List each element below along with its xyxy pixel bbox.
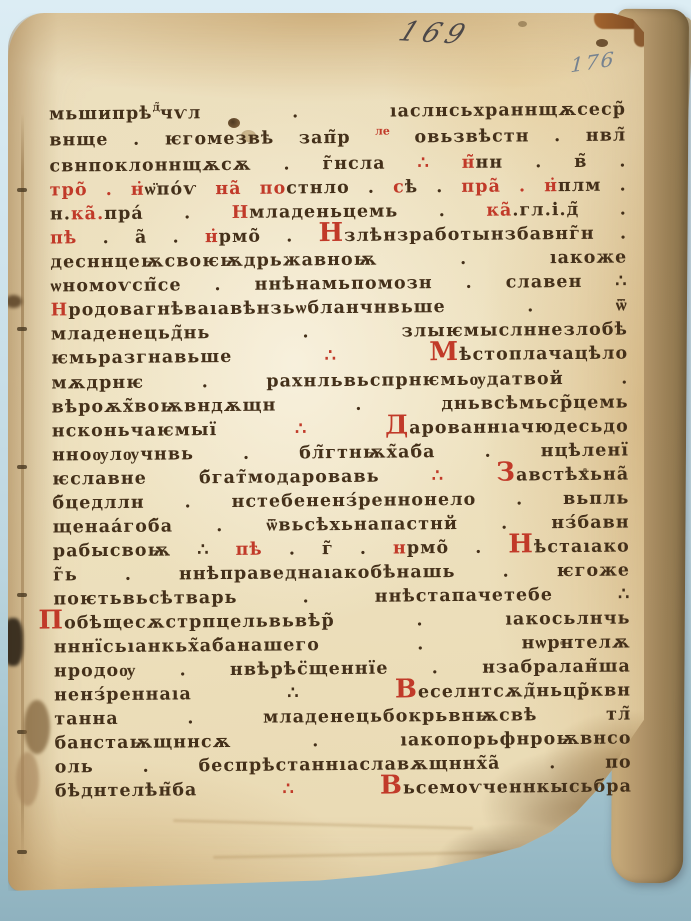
text-segment: . г̃ . [263,538,393,559]
text-segment: овьзвѣстн . нвл̃ [390,126,626,148]
text-segment: рмо̃ . [407,537,509,558]
text-segment: Н [318,218,344,248]
text-segment: ѥславне б̃гат̃модаровавь [52,466,432,489]
text-segment: д̃ [153,101,160,114]
text-segment: ∴ [432,465,497,486]
text-segment: П [38,605,64,635]
text-segment: арованнıачюдесьдо [409,416,629,438]
text-segment: нннїсьıанкьх̃аб̃анашего . нѡрнтелѫ [54,633,631,658]
text-segment: З [496,457,516,487]
text-segment: родовагнѣваıавѣнзьѡбланчнвьше . ѿ [68,296,628,321]
binding-stitch [17,327,27,331]
text-segment: пѣ [235,540,262,560]
text-segment: десннцеѭсвоѥѭдрьжавноѭ . ıакоже [50,248,627,273]
text-segment: мѫдрнѥ . рахнльвьспрнѥмьѹдатвой . [51,368,628,393]
text-segment: нн . в̃ . [475,152,626,173]
text-segment: ѡ̈по́ѵ [145,179,216,200]
text-segment: пра́ . [104,203,232,224]
manuscript-line: бѣднтелѣн̃ба ∴ Вьсемоѵченнкысьбра [55,775,632,804]
text-block: мьшипрѣд̃чѵл . ıаслнсьхраннщѫсеср̃внще .… [49,97,632,803]
text-segment: нноѹлѹчнвь . бл̃гтнѭх̃аб̃а . нцѣленї [52,440,629,465]
text-segment: младеньцемь . [249,201,486,223]
text-segment: н̇ [131,180,145,200]
text-segment: нсконьчаѥмыї [52,419,295,441]
binding-stitch [17,850,27,854]
text-segment: на̃ [215,179,259,199]
text-segment: ∴ [417,153,461,173]
text-segment: вѣроѫх̃воѭвндѫщн . дньвсѣмьср̃цемь [52,392,629,417]
text-segment: ьсемоѵченнкысьбра [403,777,632,799]
text-segment: нродоѹ . нвѣрѣс̈щеннїе . нзабралан̃ша [54,657,631,682]
text-segment: оль . беспрѣстаннıаславѫщннх̃а̃ . по [55,753,632,778]
text-segment: плм . [558,176,627,197]
text-segment: по [260,179,287,199]
stain-blob [16,752,39,806]
text-segment: внще . ѥгомезвѣ зап̃р [49,128,375,151]
text-segment: н̃ [462,153,476,173]
text-segment: Н [232,203,250,223]
text-segment: Н [508,529,534,559]
text-segment: щенаа́гоб̃а . ѿвьсѣхьнапастнй . нз́бавн [53,512,630,537]
text-segment: ѣстаıако [534,536,630,557]
text-segment: В [395,674,418,704]
parchment-speck [518,21,527,27]
text-segment: тро̃ . [50,180,131,201]
folio-number-ink: 169 [394,16,475,51]
text-segment: б̃цедллн . нстебененз́реннонело . вьпль [52,488,629,513]
text-segment: рабысвоѭ ∴ [53,540,236,562]
text-segment: н̇ [205,227,219,247]
text-segment: ѣ . [405,177,462,197]
text-segment: н̇ [544,176,558,196]
text-segment: пра̃ . [461,176,544,197]
text-segment: чѵл . ıаслнсьхраннщѫсеср̃ [160,99,626,123]
text-segment: . а̃ . [77,227,205,248]
text-segment: с [393,178,405,198]
text-segment: свнпоклоннщѫсѫ . г̃нсла [49,153,417,176]
text-segment: стнло . [286,178,393,199]
text-segment: ∴ [325,346,430,367]
text-segment: .гл.і.д̃ . [512,200,627,221]
photograph-of-manuscript: { "folio": { "ink_number": "169", "penci… [0,0,691,921]
text-segment: ѥмьразгнавьше [51,347,325,369]
text-segment: Д [385,410,409,440]
text-segment: злѣнзработынзбавнг̃н . [344,224,627,246]
text-segment: обѣщесѫстрпцельвьвѣр̃ . ıакосьлнчь [64,608,631,633]
text-segment: ѣстоплачацѣло [459,344,628,365]
binding-stitch [17,593,27,597]
text-segment: ка̃. [71,204,104,224]
text-segment: пѣ [50,229,77,249]
text-segment: еселнтсѫд̃ньцр̃квн [418,681,631,703]
text-segment: бѣднтелѣн̃ба [55,780,283,802]
text-segment: н. [50,205,71,225]
text-segment: ѡномоѵсп̃се . ннѣнамьпомозн . славен ∴ [50,272,627,297]
text-segment: ненз́реннаıа ∴ [54,683,395,706]
text-segment: Н [51,301,69,321]
ink-smudge [3,618,23,666]
text-segment: ∴ [282,779,380,800]
stain-blob [24,700,50,754]
parchment-hole [596,39,608,47]
binding-stitch [17,188,27,192]
text-segment: ка̃ [486,201,512,221]
ink-smudge [5,295,22,308]
text-segment: рмо̃ . [219,226,319,247]
text-segment: г̃ь . ннѣправеднаıакобѣнашь . ѥгоже [53,560,630,585]
text-segment: В [380,771,403,801]
text-segment: младенецьд̃нь . злыѥмыслннезлобѣ [51,320,628,345]
text-segment: банстаѭщннсѫ . ıакопорьфнроѭвнсо [54,729,631,754]
text-segment: ∴ [295,418,385,439]
text-segment: танна . младенецьбокрьвнѭсвѣ тл̃ [54,705,631,730]
text-segment: н [393,538,407,558]
text-segment: австѣхьна̃ [516,464,629,485]
text-segment: ле [375,125,390,138]
text-segment: мьшипрѣ [49,104,153,125]
text-segment: М [429,337,459,367]
binding-stitch [17,465,27,469]
text-segment: поѥтьвьсѣтварь . ннѣстапачетебе ∴ [53,584,630,609]
